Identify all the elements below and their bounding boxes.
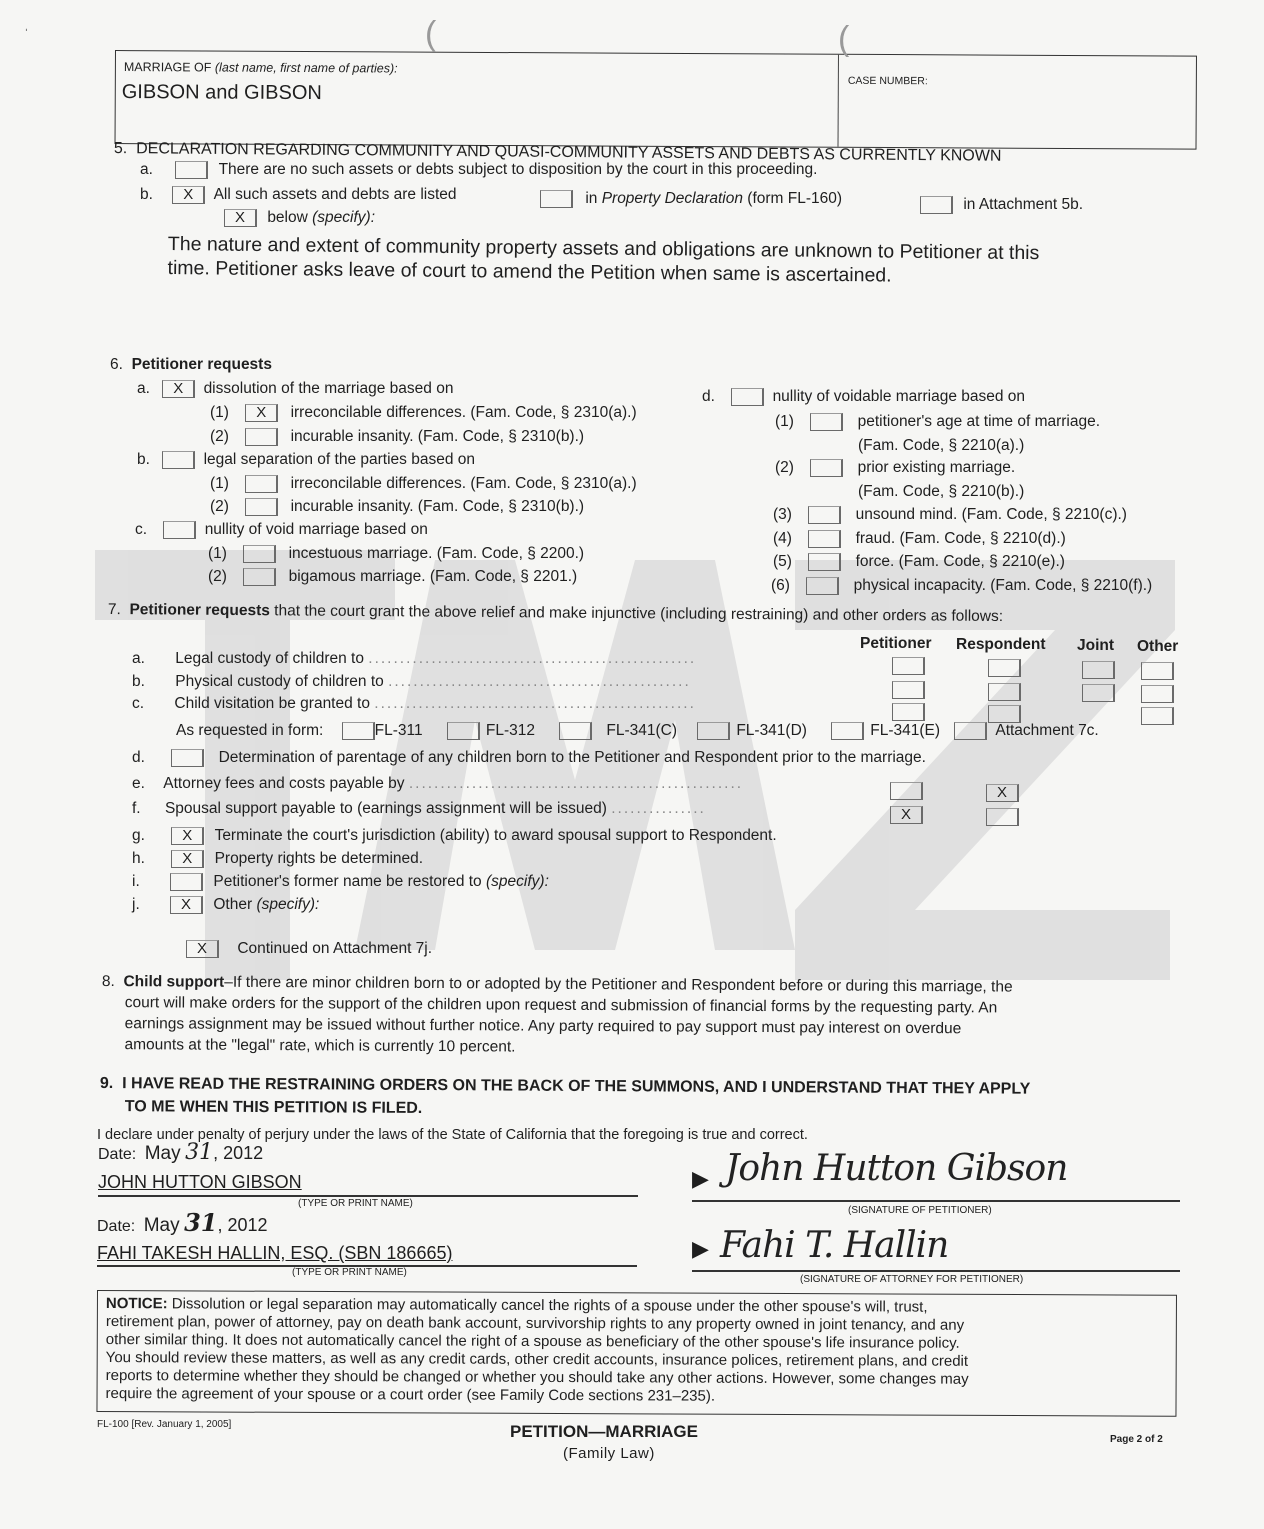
section-7g: g. X Terminate the court's jurisdiction … bbox=[132, 827, 777, 845]
section-5b-attachment: in Attachment 5b. bbox=[920, 196, 1083, 214]
checkbox-6d-3[interactable] bbox=[808, 506, 841, 524]
checkbox-form-fl311[interactable] bbox=[342, 722, 375, 740]
checkbox-5b-below[interactable]: X bbox=[224, 209, 257, 227]
petitioner-name: JOHN HUTTON GIBSON bbox=[98, 1172, 302, 1193]
section-5b-below: X below (specify): bbox=[224, 209, 375, 227]
checkbox-5b-attachment[interactable] bbox=[920, 196, 953, 214]
checkbox-6d-6[interactable] bbox=[806, 577, 839, 595]
petitioner-name-caption: (TYPE OR PRINT NAME) bbox=[298, 1198, 413, 1209]
checkbox-7f-respondent[interactable] bbox=[986, 808, 1019, 826]
section-8: 8. Child support–If there are minor chil… bbox=[101, 971, 1012, 1061]
form-title: PETITION—MARRIAGE bbox=[510, 1422, 698, 1442]
section-6c-2: (2) bigamous marriage. (Fam. Code, § 220… bbox=[208, 568, 577, 586]
section-7c: c. Child visitation be granted to ......… bbox=[132, 695, 696, 713]
checkbox-6a-dissolution[interactable]: X bbox=[162, 380, 195, 398]
checkbox-7e-respondent[interactable]: X bbox=[986, 784, 1019, 802]
section-7j: j. X Other (specify): bbox=[132, 896, 319, 914]
section-6d-2-code: (Fam. Code, § 2210(b).) bbox=[858, 483, 1024, 501]
section-7-heading: 7. Petitioner requests that the court gr… bbox=[108, 601, 1003, 626]
section-6d-1: (1) petitioner's age at time of marriage… bbox=[775, 413, 1100, 431]
checkbox-form-fl341c[interactable] bbox=[559, 722, 592, 740]
section-6b-1: (1) irreconcilable differences. (Fam. Co… bbox=[210, 475, 637, 493]
section-6b-2: (2) incurable insanity. (Fam. Code, § 23… bbox=[210, 498, 584, 516]
checkbox-6a-1[interactable]: X bbox=[245, 404, 278, 422]
section-7b: b. Physical custody of children to .....… bbox=[132, 673, 691, 691]
petitioner-name-line bbox=[98, 1195, 638, 1197]
checkbox-7i[interactable] bbox=[170, 873, 203, 891]
attorney-signature-caption: (SIGNATURE OF ATTORNEY FOR PETITIONER) bbox=[800, 1274, 1023, 1285]
checkbox-form-fl312[interactable] bbox=[447, 722, 480, 740]
checkbox-7e-petitioner[interactable] bbox=[890, 782, 923, 800]
checkbox-7j[interactable]: X bbox=[170, 896, 203, 914]
section-7i: i. Petitioner's former name be restored … bbox=[132, 873, 549, 891]
petitioner-signature[interactable]: John Hutton Gibson bbox=[725, 1148, 1067, 1189]
checkbox-7f-petitioner[interactable]: X bbox=[890, 806, 923, 824]
section-6a-1: (1) X irreconcilable differences. (Fam. … bbox=[210, 404, 637, 422]
section-5b: b. X All such assets and debts are liste… bbox=[140, 186, 457, 204]
dot-leader: ........................................… bbox=[374, 695, 696, 712]
checkbox-7c-petitioner[interactable] bbox=[892, 703, 925, 721]
checkbox-form-fl341e[interactable] bbox=[831, 722, 864, 740]
checkbox-5a[interactable] bbox=[175, 161, 208, 179]
form-id: FL-100 [Rev. January 1, 2005] bbox=[97, 1419, 231, 1430]
checkbox-7j-continued[interactable]: X bbox=[186, 940, 219, 958]
attorney-signature[interactable]: Fahi T. Hallin bbox=[720, 1225, 948, 1266]
attorney-name-caption: (TYPE OR PRINT NAME) bbox=[292, 1267, 407, 1278]
section-6d-3: (3) unsound mind. (Fam. Code, § 2210(c).… bbox=[773, 506, 1127, 524]
document-page: ˈ ( ( MARRIAGE OF (last name, first name… bbox=[0, 0, 1264, 1529]
section-5-specified-text: The nature and extent of community prope… bbox=[167, 232, 1039, 289]
petitioner-signature-line bbox=[692, 1200, 1180, 1202]
checkbox-7b-respondent[interactable] bbox=[988, 683, 1021, 701]
checkbox-7b-petitioner[interactable] bbox=[892, 681, 925, 699]
checkbox-6d-nullity-voidable[interactable] bbox=[731, 388, 764, 406]
section-7h: h. X Property rights be determined. bbox=[132, 850, 423, 868]
dot-leader: ............... bbox=[611, 800, 706, 817]
checkbox-form-fl341d[interactable] bbox=[697, 722, 730, 740]
checkbox-6b-1[interactable] bbox=[245, 475, 278, 493]
section-6d-4: (4) fraud. (Fam. Code, § 2210(d).) bbox=[773, 530, 1066, 548]
scan-mark: ˈ bbox=[24, 26, 29, 42]
section-7c-forms: As requested in form: FL-311 FL-312 FL-3… bbox=[176, 722, 1099, 740]
section-6d-5: (5) force. (Fam. Code, § 2210(e).) bbox=[773, 553, 1065, 571]
checkbox-7a-respondent[interactable] bbox=[988, 659, 1021, 677]
section-5b-property-declaration: in Property Declaration (form FL-160) bbox=[540, 190, 842, 208]
section-7f: f. Spousal support payable to (earnings … bbox=[132, 800, 706, 818]
case-number-label: CASE NUMBER: bbox=[848, 75, 928, 87]
column-header-other: Other bbox=[1137, 638, 1178, 656]
header-box: MARRIAGE OF (last name, first name of pa… bbox=[115, 50, 1197, 150]
marriage-of-label: MARRIAGE OF (last name, first name of pa… bbox=[124, 60, 398, 75]
checkbox-6a-2[interactable] bbox=[245, 428, 278, 446]
attorney-name: FAHI TAKESH HALLIN, ESQ. (SBN 186665) bbox=[97, 1243, 452, 1264]
section-6a: a. X dissolution of the marriage based o… bbox=[137, 380, 453, 398]
page-number: Page 2 of 2 bbox=[1110, 1434, 1163, 1445]
section-7d: d. Determination of parentage of any chi… bbox=[132, 749, 926, 767]
checkbox-6d-5[interactable] bbox=[808, 553, 841, 571]
column-header-joint: Joint bbox=[1077, 637, 1114, 655]
checkbox-5b[interactable]: X bbox=[172, 186, 205, 204]
section-6a-2: (2) incurable insanity. (Fam. Code, § 23… bbox=[210, 428, 584, 446]
checkbox-attachment-7c[interactable] bbox=[954, 722, 987, 740]
sign-here-arrow-icon: ▶ bbox=[692, 1236, 709, 1262]
section-6c: c. nullity of void marriage based on bbox=[135, 521, 428, 539]
column-header-petitioner: Petitioner bbox=[860, 635, 931, 653]
section-6c-1: (1) incestuous marriage. (Fam. Code, § 2… bbox=[208, 545, 584, 563]
section-9: 9. I HAVE READ THE RESTRAINING ORDERS ON… bbox=[100, 1072, 1031, 1124]
hole-punch-mark: ( bbox=[838, 20, 849, 59]
checkbox-6c-2[interactable] bbox=[243, 568, 276, 586]
checkbox-7b-joint[interactable] bbox=[1082, 684, 1115, 702]
attorney-signature-line bbox=[692, 1270, 1180, 1272]
section-6d: d. nullity of voidable marriage based on bbox=[702, 388, 1025, 406]
petitioner-date: Date: May 31, 2012 bbox=[98, 1140, 263, 1165]
section-7e: e. Attorney fees and costs payable by ..… bbox=[132, 775, 743, 793]
checkbox-7b-other[interactable] bbox=[1141, 685, 1174, 703]
hole-punch-mark: ( bbox=[425, 15, 436, 54]
petitioner-signature-caption: (SIGNATURE OF PETITIONER) bbox=[848, 1205, 992, 1216]
checkbox-6d-1[interactable] bbox=[810, 413, 843, 431]
form-subtitle: (Family Law) bbox=[563, 1445, 655, 1462]
checkbox-7g[interactable]: X bbox=[171, 827, 204, 845]
sign-here-arrow-icon: ▶ bbox=[692, 1166, 709, 1192]
dot-leader: ........................................… bbox=[409, 775, 743, 792]
checkbox-7d[interactable] bbox=[171, 749, 204, 767]
section-5a: a. There are no such assets or debts sub… bbox=[140, 161, 817, 179]
checkbox-6c-1[interactable] bbox=[243, 545, 276, 563]
checkbox-6b-2[interactable] bbox=[245, 498, 278, 516]
checkbox-6d-2[interactable] bbox=[810, 459, 843, 477]
parties-name: GIBSON and GIBSON bbox=[122, 81, 322, 105]
section-6-heading: 6. Petitioner requests bbox=[110, 356, 272, 374]
section-6d-6: (6) physical incapacity. (Fam. Code, § 2… bbox=[771, 577, 1152, 595]
checkbox-6b-legal-separation[interactable] bbox=[162, 451, 195, 469]
column-header-respondent: Respondent bbox=[956, 636, 1046, 654]
section-7a: a. Legal custody of children to ........… bbox=[132, 650, 696, 668]
checkbox-7a-joint[interactable] bbox=[1082, 661, 1115, 679]
checkbox-7a-petitioner[interactable] bbox=[892, 657, 925, 675]
section-6d-1-code: (Fam. Code, § 2210(a).) bbox=[858, 437, 1024, 455]
checkbox-7h[interactable]: X bbox=[171, 850, 204, 868]
checkbox-7c-respondent[interactable] bbox=[988, 705, 1021, 723]
section-6d-2: (2) prior existing marriage. bbox=[775, 459, 1015, 477]
notice-box: NOTICE: Dissolution or legal separation … bbox=[96, 1290, 1177, 1417]
checkbox-6c-nullity-void[interactable] bbox=[163, 521, 196, 539]
header-divider bbox=[838, 55, 839, 147]
section-7j-continued: X Continued on Attachment 7j. bbox=[186, 940, 432, 958]
section-6b: b. legal separation of the parties based… bbox=[137, 451, 475, 469]
checkbox-7a-other[interactable] bbox=[1141, 662, 1174, 680]
dot-leader: ........................................… bbox=[368, 650, 696, 667]
checkbox-7c-other[interactable] bbox=[1141, 707, 1174, 725]
attorney-date: Date: May 31, 2012 bbox=[97, 1208, 268, 1237]
dot-leader: ........................................… bbox=[388, 673, 691, 690]
checkbox-5b-property-declaration[interactable] bbox=[540, 190, 573, 208]
notice-label: NOTICE: bbox=[106, 1295, 168, 1312]
checkbox-6d-4[interactable] bbox=[808, 530, 841, 548]
